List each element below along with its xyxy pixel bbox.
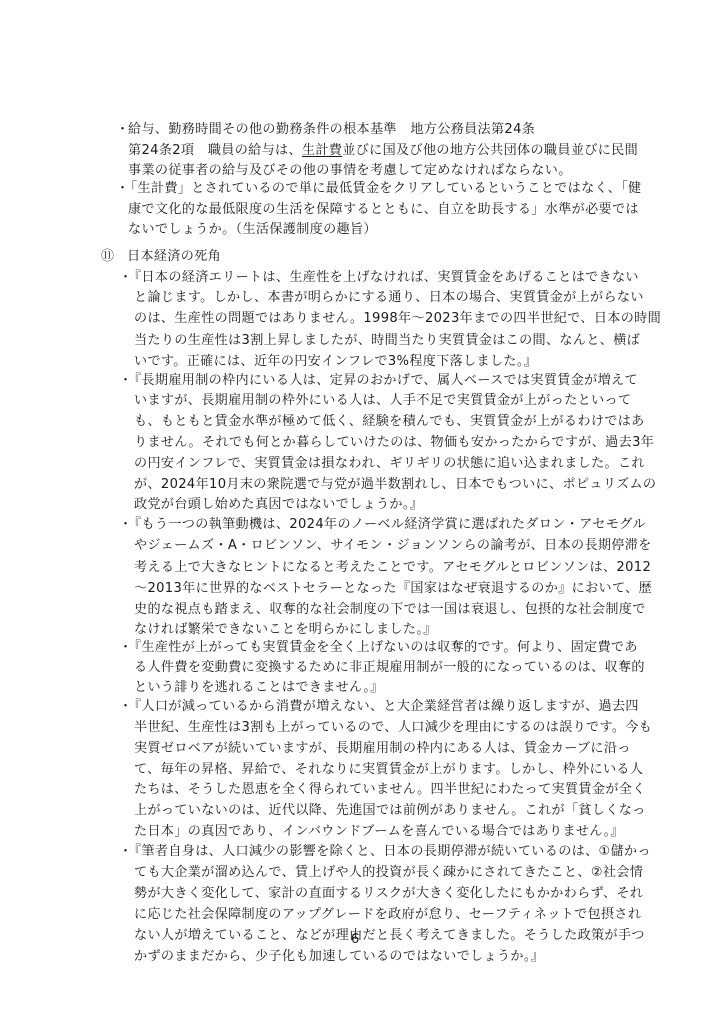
text-line: て、毎年の昇格、昇給で、それなりに実質賃金が上がります。しかし、枠外にいる人 <box>134 762 643 778</box>
text-line: りません。それでも何とか暮らしていけたのは、物価も安かったからですが、過去3年 <box>134 435 654 451</box>
text-line: も、もともと賃金水準が極めて低く、経験を積んでも、実質賃金が上がるわけではあ <box>134 414 645 430</box>
text-line: 勢が大きく変化して、家計の直面するリスクが大きく変化したにもかかわらず、それ <box>134 886 643 902</box>
text-line: ない人が増えていること、などが理由だと長く考えてきました。そうした政策が手つ <box>134 928 645 944</box>
text-line: ないでしょうか。（生活保護制度の趣旨） <box>128 222 377 238</box>
text-line: いますが、長期雇用制の枠外にいる人は、人手不足で実質賃金が上がったといって <box>134 393 631 409</box>
text-line: 『日本の経済エリートは、生産性を上げなければ、実質賃金をあげることはできない <box>128 270 639 286</box>
text-line: の円安インフレで、実質賃金は損なわれ、ギリギリの状態に追い込まれました。これ <box>134 456 645 472</box>
text-line: という誹りを逃れることはできません。』 <box>134 680 384 696</box>
text-line: 半世紀、生産性は3割も上がっているので、人口減少を理由にするのは誤りです。今も <box>134 720 652 736</box>
statute-prefix: 第24条2項 職員の給与は、 <box>128 143 302 158</box>
text-line: る人件費を変動費に変換するために非正規雇用制が一般的になっているのは、収奪的 <box>134 660 645 676</box>
text-line: た日本」の真因であり、インバウンドブームを喜んでいる場合ではありません。』 <box>134 824 624 840</box>
text-line: と論じます。しかし、本書が明らかにする通り、日本の場合、実質賃金が上がらない <box>134 290 644 306</box>
text-line: ても大企業が溜め込んで、賃上げや人的投資が長く疎かにされてきたこと、②社会情 <box>134 865 643 881</box>
text-line: 『もう一つの執筆動機は、2024年のノーベル経済学賞に選ばれたダロン・アセモグル <box>128 517 646 533</box>
statute-suffix: 並びに国及び他の地方公共団体の職員並びに民間 <box>342 143 638 158</box>
text-line: 『人口が減っているから消費が増えない、と大企業経営者は繰り返しますが、過去四 <box>128 699 639 715</box>
section-title: 日本経済の死角 <box>127 249 221 265</box>
text-line: 事業の従事者の給与及びその他の事情を考慮して定めなければならない。 <box>128 163 572 179</box>
text-line: が、2024年10月末の衆院選で与党が過半数割れし、日本でもついに、ポピュリズム… <box>134 477 656 493</box>
text-line: 考える上で大きなヒントになると考えたことです。アセモグルとロビンソンは、2012 <box>134 560 651 576</box>
text-line: 当たりの生産性は3割上昇しましたが、時間当たり実質賃金はこの間、なんと、横ば <box>134 333 640 349</box>
text-line: に応じた社会保障制度のアップグレードを政府が怠り、セーフティネットで包摂され <box>134 907 641 923</box>
text-line: 給与、勤務時間その他の勤務条件の根本基準 地方公務員法第24条 <box>128 122 535 138</box>
document-page: ・ 給与、勤務時間その他の勤務条件の根本基準 地方公務員法第24条 第24条2項… <box>0 0 724 1024</box>
text-line: かずのままだから、少子化も加速しているのではないでしょうか。』 <box>134 949 544 965</box>
section-number: ⑪ <box>101 249 114 265</box>
text-line: 『筆者自身は、人口減少の影響を除くと、日本の長期停滞が続いているのは、①儲かっ <box>128 844 651 860</box>
text-line: 政党が台頭し始めた真因ではないでしょうか。』 <box>134 497 423 513</box>
text-line: 『生産性が上がっても実質賃金を全く上げないのは収奪的です。何より、固定費であ <box>128 640 638 656</box>
text-line: ～2013年に世界的なベストセラーとなった『国家はなぜ衰退するのか』において、歴 <box>134 581 652 597</box>
text-line: なければ繁栄できないことを明らかにしました。』 <box>134 622 437 638</box>
text-line: たちは、そうした恩恵を全く得られていません。四半世紀にわたって実質賃金が全く <box>134 782 646 798</box>
text-line: 史的な視点も踏まえ、収奪的な社会制度の下では一国は衰退し、包摂的な社会制度で <box>134 602 646 618</box>
underlined-term: 生計費 <box>302 143 342 158</box>
text-line: 康で文化的な最低限度の生活を保障するとともに、自立を助長する」水準が必要では <box>128 202 639 218</box>
text-line: 上がっていないのは、近代以降、先進国では前例がありません。これが「貧しくなっ <box>134 803 646 819</box>
text-line: いです。正確には、近年の円安インフレで3%程度下落しました。』 <box>134 354 537 370</box>
text-line: 実質ゼロベアが続いていますが、長期雇用制の枠内にある人は、賃金カーブに沿っ <box>134 741 631 757</box>
text-line: やジェームズ・A・ロビンソン、サイモン・ジョンソンらの論考が、日本の長期停滞を <box>134 538 652 554</box>
page-number: 6 <box>351 932 359 948</box>
text-line: 『長期雇用制の枠内にいる人は、定昇のおかげで、属人ベースでは実質賃金が増えて <box>128 373 638 389</box>
text-line: 「生計費」とされているので単に最低賃金をクリアしているということではなく、「健 <box>124 181 642 197</box>
text-line: のは、生産性の問題ではありません。1998年～2023年までの四半世紀で、日本の… <box>134 311 661 327</box>
statute-line: 第24条2項 職員の給与は、生計費並びに国及び他の地方公共団体の職員並びに民間 <box>128 143 638 159</box>
